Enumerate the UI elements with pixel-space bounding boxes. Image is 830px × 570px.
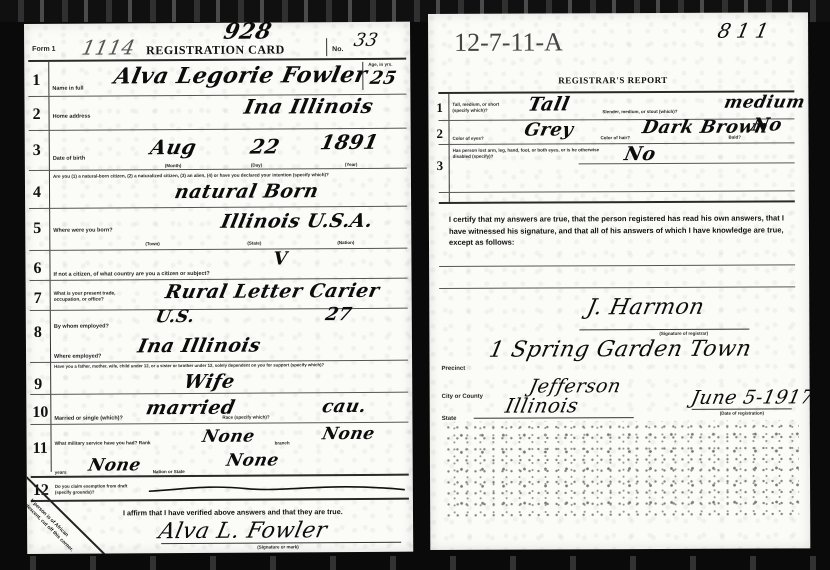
field-label-citizenship: Are you (1) a natural-born citizen, (2) … — [53, 172, 403, 179]
field-label-disability: Has person lost arm, leg, hand, foot, or… — [453, 147, 603, 160]
field-dob-month: Aug — [148, 135, 199, 159]
precinct-value: 1 Spring Garden Town — [487, 337, 754, 363]
registration-card: Form 1 1114 REGISTRATION CARD 928 No. 33… — [24, 22, 413, 554]
registrar-signature: J. Harmon — [585, 295, 707, 321]
registration-date: June 5-1917 — [689, 386, 815, 409]
sub-label: (Year) — [345, 162, 358, 167]
field-label-age: Age, in yrs. — [368, 62, 392, 67]
field-military-nation: None — [225, 450, 281, 470]
sub-label: (Day) — [251, 163, 262, 168]
row-number: 3 — [437, 158, 444, 174]
sub-label: (Month) — [165, 163, 182, 168]
row-number: 8 — [34, 324, 42, 342]
field-race-value: cau. — [320, 396, 368, 417]
registrar-caption: (Signature of registrar) — [659, 331, 708, 336]
stamp-number: 12-7-11-A — [454, 27, 563, 57]
date-caption: (Date of registration) — [720, 411, 764, 416]
field-label-name: Name in full — [52, 86, 83, 92]
field-dob-day: 22 — [248, 134, 282, 158]
cut-corner: If person is of African descent, cut off… — [27, 472, 107, 554]
field-name-value: Alva Legorie Fowler — [112, 62, 370, 90]
form-number: 1114 — [80, 35, 138, 59]
row-number: 1 — [32, 72, 40, 90]
affirm-text: I affirm that I have verified above answ… — [123, 506, 343, 519]
row-number: 4 — [33, 184, 41, 202]
scan-noise — [444, 420, 799, 517]
sub-label: (Town) — [145, 241, 159, 246]
field-label-build: Slender, medium, or stout (which)? — [602, 109, 677, 114]
form-label: Form 1 — [32, 46, 55, 53]
field-occupation-value: Rural Letter Carier — [163, 280, 381, 303]
field-label-race: Race (specify which)? — [222, 415, 269, 420]
row-number: 11 — [33, 440, 48, 458]
report-title: REGISTRAR'S REPORT — [558, 75, 668, 85]
row-number: 7 — [34, 290, 42, 308]
registrars-report-card: 12-7-11-A 811 REGISTRAR'S REPORT 1 Tall,… — [428, 12, 810, 550]
certify-text: I certify that my answers are true, that… — [449, 212, 789, 248]
field-military-branch: None — [320, 424, 376, 444]
field-disability-value: No — [622, 143, 658, 165]
field-label-occupation: What is your present trade, occupation, … — [54, 291, 144, 304]
field-label-employed-where: Where employed? — [54, 354, 101, 360]
field-bald-value: No — [750, 114, 784, 135]
no-label: No. — [332, 46, 343, 53]
field-label-marital: Married or single (which)? — [54, 415, 122, 421]
row-number: 10 — [32, 404, 48, 422]
field-label-home: Home address — [53, 114, 91, 120]
row-number: 1 — [436, 100, 443, 116]
row-number: 2 — [436, 126, 443, 142]
field-label-hair: Color of hair? — [601, 135, 631, 140]
field-dependents-value: Wife — [182, 371, 237, 393]
row-number: 3 — [33, 142, 41, 160]
field-build-value: medium — [722, 92, 807, 112]
field-birthplace-value: Illinois U.S.A. — [219, 210, 375, 233]
field-label-height: Tall, medium, or short (specify which)? — [452, 102, 516, 114]
serial-number: 928 — [221, 18, 274, 44]
field-foreign-value: V — [271, 248, 290, 269]
film-edge-bottom — [0, 556, 830, 570]
sub-label: (State) — [247, 241, 261, 246]
precinct-label: Precinct — [442, 366, 466, 372]
handwritten-number: 811 — [716, 18, 777, 42]
field-dob-year: 1891 — [318, 130, 381, 154]
field-home-value: Ina Illinois — [242, 94, 376, 119]
state-value: Illinois — [503, 393, 581, 417]
row-number: 2 — [33, 106, 41, 124]
field-label-branch: branch — [275, 440, 290, 445]
field-label-dob: Date of birth — [53, 156, 85, 162]
field-employer-value: U.S. — [154, 307, 197, 327]
field-military-rank: None — [200, 427, 256, 447]
field-label-military: What military service have you had? Rank — [55, 441, 151, 447]
field-label-birthplace: Where were you born? — [53, 227, 112, 233]
field-age-value: 25 — [368, 68, 398, 89]
registration-number: 33 — [352, 30, 380, 51]
row-number: 9 — [34, 376, 42, 394]
field-label-bald: Bald? — [729, 135, 742, 140]
field-label-foreign: If not a citizen, of what country are yo… — [54, 271, 210, 278]
signature-caption: (Signature or mark) — [257, 544, 299, 549]
card-title: REGISTRATION CARD — [146, 42, 285, 58]
field-label-dependents: Have you a father, mother, wife, child u… — [54, 362, 404, 369]
field-employer-extra: 27 — [324, 304, 354, 325]
row-number: 5 — [33, 220, 41, 238]
field-label-nation: Nation or State — [153, 469, 185, 474]
field-citizenship-value: natural Born — [173, 180, 321, 203]
registrant-signature: Alva L. Fowler — [157, 518, 330, 544]
field-height-value: Tall — [526, 93, 572, 115]
sub-label: (Nation) — [337, 240, 354, 245]
row-number: 6 — [33, 260, 41, 278]
field-label-employer: By whom employed? — [54, 323, 109, 329]
field-employed-where-value: Ina Illinois — [136, 335, 263, 358]
exemption-dash-stroke — [147, 480, 407, 498]
field-eyes-value: Grey — [522, 119, 575, 140]
city-label: City or County — [442, 394, 483, 400]
field-label-eyes: Color of eyes? — [453, 136, 484, 141]
